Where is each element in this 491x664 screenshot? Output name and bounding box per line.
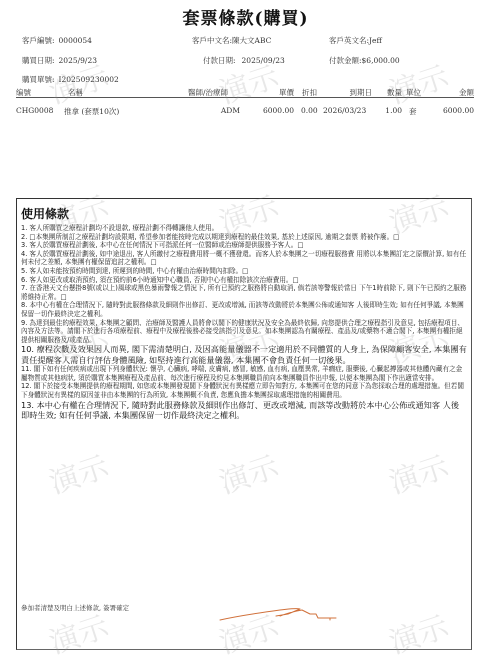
term-item-5: 5. 客人如未能按預約時間到達, 所遲到的時間, 中心有權由治療時間內扣除。□ bbox=[21, 267, 467, 276]
customer-code-label: 客戶編號: bbox=[22, 35, 55, 46]
terms-title: 使用條款 bbox=[21, 205, 69, 222]
col-unit: 單位 bbox=[406, 87, 421, 98]
row-qty: 1.00 bbox=[378, 106, 402, 115]
term-item-6: 6. 客人如更改或取消預約, 須在預約前6小時通知中心職員, 否則中心有權扣除該… bbox=[21, 276, 467, 285]
purchase-date-field: 購買日期:2025/9/23 bbox=[22, 55, 97, 66]
term-item-9: 9. 為達到最佳的療程效果, 本集團之顧問、治療師及醫護人員將會以閣下的健康狀況… bbox=[21, 319, 467, 345]
term-item-10: 10. 療程次數及效果因人而異, 閣下需清楚明白, 及因高能量儀器不一定適用於不… bbox=[21, 344, 467, 365]
terms-box: 使用條款 1. 客人所購買之療程計劃均不設退款, 療程計劃不得轉讓他人使用。 2… bbox=[16, 198, 472, 650]
col-amount: 金額 bbox=[434, 87, 474, 98]
payment-date-field: 付款日期:2025/09/23 bbox=[203, 55, 285, 66]
order-no-field: 購買單號:I202509230002 bbox=[22, 74, 119, 85]
customer-code-value: 0000054 bbox=[59, 36, 92, 45]
row-expiry: 2026/03/23 bbox=[323, 106, 366, 115]
term-item-11: 11. 閣下如有任何疾病或出現下列身體狀況: 懷孕, 心臟病, 哮喘, 皮膚病,… bbox=[21, 365, 467, 382]
row-discount: 0.00 bbox=[301, 106, 318, 115]
customer-name-cn-value: 陳大文ABC bbox=[232, 36, 271, 45]
col-expiry: 到期日 bbox=[320, 87, 372, 98]
customer-name-en-label: 客戶英文名: bbox=[329, 35, 369, 46]
customer-name-en-field: 客戶英文名:Jeff bbox=[329, 35, 382, 46]
row-doctor: ADM bbox=[206, 106, 240, 115]
col-code: 编號 bbox=[16, 87, 31, 98]
page-title: 套票條款(購買) bbox=[0, 4, 491, 29]
customer-name-en-value: Jeff bbox=[369, 36, 382, 45]
row-unit-price: 6000.00 bbox=[256, 106, 294, 115]
row-amount: 6000.00 bbox=[434, 106, 474, 115]
term-item-3: 3. 客人於購買療程計劃後, 本中心在任何情況下可指派任何一位醫師或治療師提供服… bbox=[21, 241, 467, 250]
col-unit-price: 單價 bbox=[264, 87, 294, 98]
term-item-4: 4. 客人於購買療程計劃後, 如中途退出, 客人所繳付之療程費用將一概不獲發還。… bbox=[21, 250, 467, 267]
order-no-value: I202509230002 bbox=[59, 75, 119, 84]
term-item-2: 2. □本集團所制訂之療程計劃均設限期, 希望參加者能按時完成以期達到療程的最佳… bbox=[21, 233, 467, 242]
purchase-date-label: 購買日期: bbox=[22, 55, 55, 66]
table-row: CHG0008 推拿 (套票10次) ADM 6000.00 0.00 2026… bbox=[16, 106, 474, 116]
row-unit: 套 bbox=[409, 106, 417, 117]
col-name: 名稱 bbox=[68, 87, 83, 98]
customer-name-cn-field: 客戶中文名:陳大文ABC bbox=[192, 35, 271, 46]
payment-amount-field: 付款金額:$6,000.00 bbox=[329, 55, 400, 66]
row-name: 推拿 (套票10次) bbox=[64, 106, 119, 117]
customer-name-cn-label: 客戶中文名: bbox=[192, 35, 232, 46]
payment-amount-value: $6,000.00 bbox=[362, 56, 400, 65]
payment-date-label: 付款日期: bbox=[203, 55, 236, 66]
term-item-8: 8. 本中心有權在合理情況下, 隨時對此服務條款及細則作出修訂、更改或增減, 而… bbox=[21, 301, 467, 318]
customer-code-field: 客戶編號:0000054 bbox=[22, 35, 92, 46]
col-discount: 折扣 bbox=[302, 87, 317, 98]
term-item-12: 12. 閣下於接受本集團提供的療程期間, 如您或本集團發現閣下身體狀況有異樣應立… bbox=[21, 382, 467, 399]
signature-image bbox=[218, 604, 338, 624]
items-table-header: 编號 名稱 醫師/治療師 單價 折扣 到期日 數量 單位 金額 bbox=[16, 87, 474, 98]
row-code: CHG0008 bbox=[16, 106, 53, 115]
term-item-7: 7. 在香港天文台懸掛8號(或以上)風球或黑色暴雨警報之情況下, 所有已預約之服… bbox=[21, 284, 467, 301]
confirm-statement: 參加者清楚及明白上述條款, 簽署確定 bbox=[21, 603, 129, 612]
col-qty: 數量 bbox=[382, 87, 402, 98]
order-no-label: 購買單號: bbox=[22, 74, 55, 85]
term-item-13: 13. 本中心有權在合理情況下, 隨時對此服務條款及細則作出修訂、更改或增減, … bbox=[21, 400, 467, 421]
purchase-date-value: 2025/9/23 bbox=[59, 56, 97, 65]
payment-amount-label: 付款金額: bbox=[329, 55, 362, 66]
payment-date-value: 2025/09/23 bbox=[242, 56, 285, 65]
term-item-1: 1. 客人所購買之療程計劃均不設退款, 療程計劃不得轉讓他人使用。 bbox=[21, 224, 467, 233]
col-doctor: 醫師/治療師 bbox=[188, 87, 228, 98]
terms-list: 1. 客人所購買之療程計劃均不設退款, 療程計劃不得轉讓他人使用。 2. □本集… bbox=[21, 224, 467, 420]
